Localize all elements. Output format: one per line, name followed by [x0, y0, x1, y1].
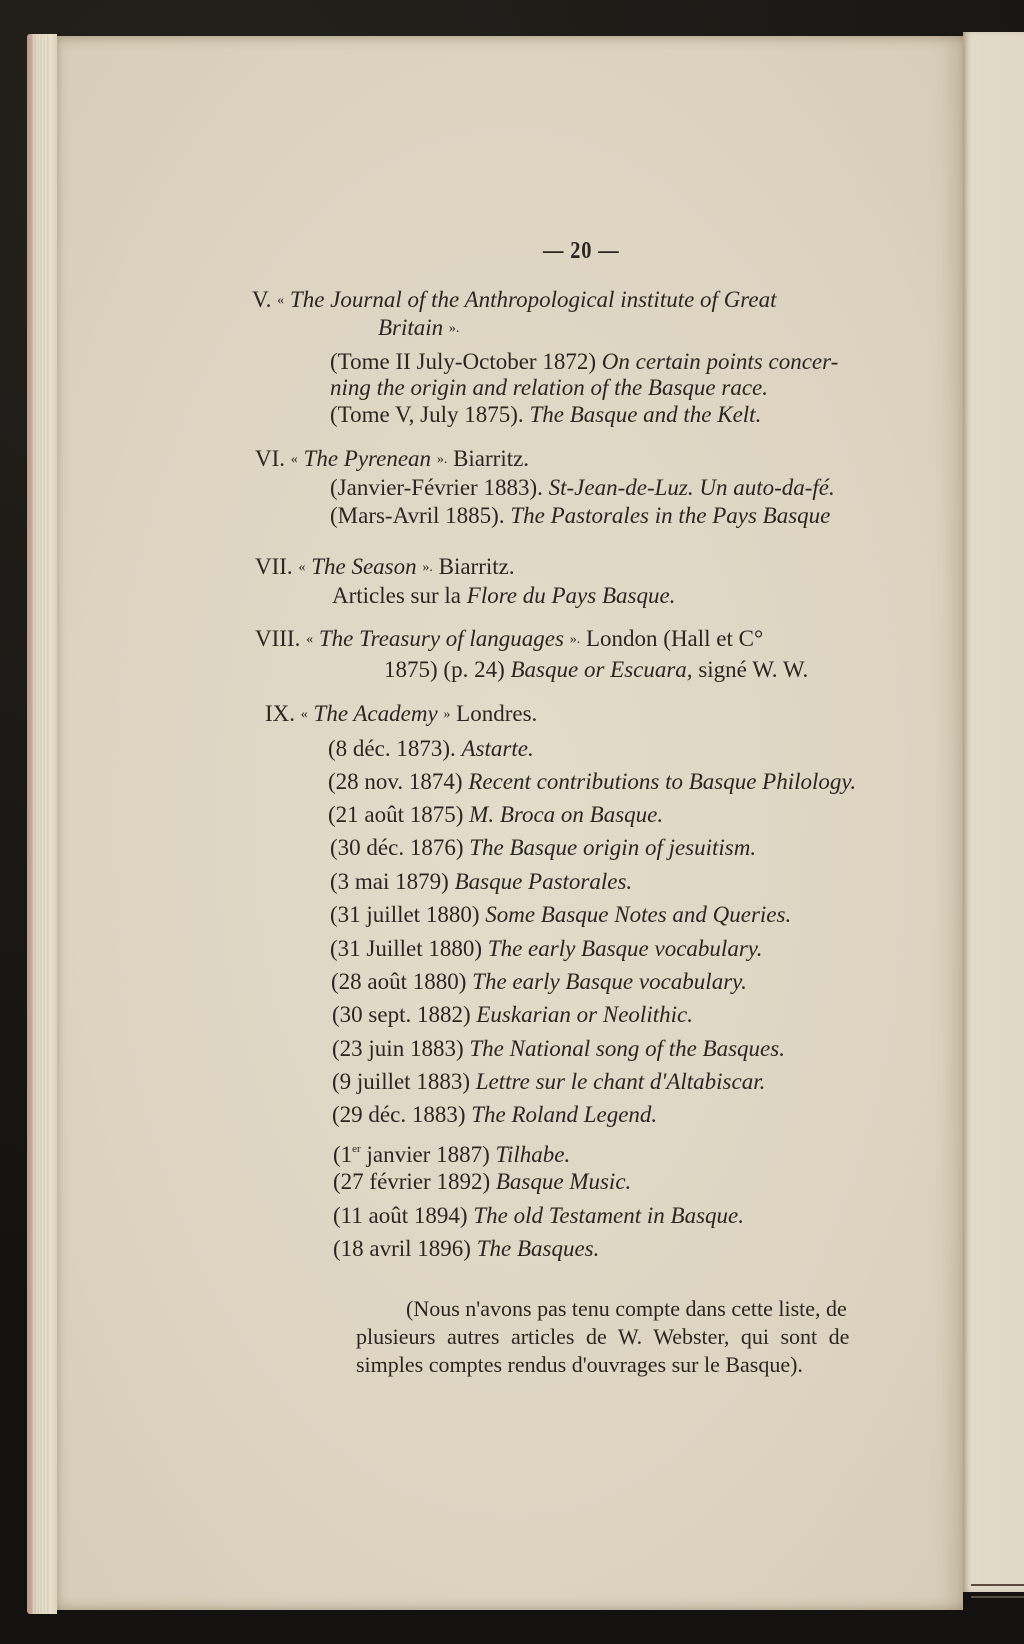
close-quote: ». — [449, 321, 460, 336]
item-title: Tilhabe. — [495, 1142, 570, 1167]
journal-title: The Academy — [314, 701, 438, 726]
item-prefix: Articles sur la — [332, 583, 461, 608]
item-date: (Janvier-Février 1883). — [330, 475, 543, 500]
item-title: Basque or Escuara, — [510, 657, 692, 682]
item-title: On certain points concer- — [602, 349, 839, 374]
entry-ix-item: (30 déc. 1876) The Basque origin of jesu… — [330, 834, 756, 862]
item-title: ning the origin and relation of the Basq… — [330, 375, 768, 400]
journal-title: The Pyrenean — [304, 446, 432, 471]
open-quote: « — [277, 293, 284, 308]
item-date: (30 sept. 1882) — [332, 1002, 471, 1027]
journal-title-cont: Britain — [378, 315, 443, 340]
item-date: (3 mai 1879) — [330, 869, 449, 894]
item-title: Astarte. — [462, 736, 534, 761]
item-title: The Roland Legend. — [471, 1102, 657, 1127]
entry-ix-item: (23 juin 1883) The National song of the … — [332, 1035, 785, 1063]
close-quote: ». — [422, 560, 433, 575]
open-quote: « — [291, 452, 298, 467]
open-quote: « — [301, 707, 308, 722]
entry-numeral: VIII. — [255, 626, 300, 651]
entry-ix-item: (27 février 1892) Basque Music. — [333, 1168, 631, 1196]
item-title: The Basque origin of jesuitism. — [469, 835, 756, 860]
item-title: Euskarian or Neolithic. — [476, 1002, 693, 1027]
journal-place: Londres. — [456, 701, 537, 726]
entry-vi-item-1: (Janvier-Février 1883). St-Jean-de-Luz. … — [330, 474, 835, 502]
item-date: (23 juin 1883) — [332, 1036, 464, 1061]
entry-viii-item-1: 1875) (p. 24) Basque or Escuara, signé W… — [384, 656, 808, 684]
journal-place: Biarritz. — [439, 554, 515, 579]
entry-ix-item: (1er janvier 1887) Tilhabe. — [333, 1135, 570, 1169]
item-title: Recent contributions to Basque Philology… — [468, 769, 856, 794]
entry-numeral: IX. — [265, 701, 295, 726]
entry-ix-item: (8 déc. 1873). Astarte. — [328, 735, 534, 763]
entry-vii-item-1: Articles sur la Flore du Pays Basque. — [332, 582, 675, 610]
item-title: The early Basque vocabulary. — [488, 936, 763, 961]
item-title: St-Jean-de-Luz. Un auto-da-fé. — [549, 475, 835, 500]
item-suffix: signé W. W. — [698, 657, 808, 682]
entry-ix-item: (31 Juillet 1880) The early Basque vocab… — [330, 935, 762, 963]
item-date: (28 août 1880) — [331, 969, 466, 994]
open-quote: « — [306, 632, 313, 647]
item-date: (1er janvier 1887) — [333, 1142, 490, 1167]
item-date: (27 février 1892) — [333, 1169, 490, 1194]
entry-ix-item: (11 août 1894) The old Testament in Basq… — [333, 1202, 744, 1230]
item-date: (30 déc. 1876) — [330, 835, 464, 860]
item-date: (29 déc. 1883) — [332, 1102, 466, 1127]
close-quote: ». — [570, 632, 581, 647]
entry-ix-item: (30 sept. 1882) Euskarian or Neolithic. — [332, 1001, 693, 1029]
entry-ix-item: (29 déc. 1883) The Roland Legend. — [332, 1101, 657, 1129]
entry-numeral: VI. — [255, 446, 285, 471]
item-date: (21 août 1875) — [328, 802, 463, 827]
item-title: The Pastorales in the Pays Basque — [510, 503, 830, 528]
entry-ix-heading: IX. « The Academy » Londres. — [265, 700, 537, 729]
date-rest: janvier 1887) — [361, 1142, 490, 1167]
item-date: (8 déc. 1873). — [328, 736, 456, 761]
journal-place: Biarritz. — [453, 446, 529, 471]
item-title: Flore du Pays Basque. — [467, 583, 676, 608]
item-title: The old Testament in Basque. — [473, 1203, 744, 1228]
date-ordinal: er — [352, 1143, 361, 1155]
note-line-2: plusieurs autres articles de W. Webster,… — [356, 1323, 849, 1351]
item-title: The early Basque vocabulary. — [472, 969, 747, 994]
close-quote: ». — [437, 452, 448, 467]
journal-title: The Journal of the Anthropological insti… — [290, 287, 777, 312]
entry-numeral: V. — [252, 287, 271, 312]
entry-ix-item: (3 mai 1879) Basque Pastorales. — [330, 868, 632, 896]
journal-title: The Season — [311, 554, 416, 579]
entry-v-item-1: (Tome II July-October 1872) On certain p… — [330, 348, 838, 376]
page-number: — 20 — — [543, 238, 620, 265]
item-date: (11 août 1894) — [333, 1203, 468, 1228]
page-content: — 20 — V. « The Journal of the Anthropol… — [0, 0, 1024, 1644]
item-date: (Tome V, July 1875). — [330, 402, 524, 427]
journal-title: The Treasury of languages — [319, 626, 564, 651]
item-date: (18 avril 1896) — [333, 1236, 471, 1261]
entry-vi-item-2: (Mars-Avril 1885). The Pastorales in the… — [330, 502, 830, 530]
note-line-3: simples comptes rendus d'ouvrages sur le… — [356, 1351, 803, 1379]
entry-vi-heading: VI. « The Pyrenean ». Biarritz. — [255, 445, 529, 474]
item-title: The Basque and the Kelt. — [529, 402, 761, 427]
entry-ix-item: (9 juillet 1883) Lettre sur le chant d'A… — [332, 1068, 765, 1096]
entry-ix-item: (31 juillet 1880) Some Basque Notes and … — [330, 901, 791, 929]
entry-ix-item: (21 août 1875) M. Broca on Basque. — [328, 801, 663, 829]
item-title: The Basques. — [477, 1236, 600, 1261]
item-date: (31 Juillet 1880) — [330, 936, 482, 961]
item-title: Lettre sur le chant d'Altabiscar. — [476, 1069, 766, 1094]
entry-v-item-1-cont: ning the origin and relation of the Basq… — [330, 374, 768, 402]
item-title: Some Basque Notes and Queries. — [485, 902, 791, 927]
note-line-1: (Nous n'avons pas tenu compte dans cette… — [406, 1295, 847, 1323]
journal-place: London (Hall et C° — [586, 626, 763, 651]
entry-v-heading-cont: Britain ». — [378, 314, 459, 343]
open-quote: « — [298, 560, 305, 575]
entry-ix-item: (28 août 1880) The early Basque vocabula… — [331, 968, 747, 996]
entry-ix-item: (28 nov. 1874) Recent contributions to B… — [328, 768, 856, 796]
entry-v-item-2: (Tome V, July 1875). The Basque and the … — [330, 401, 761, 429]
entry-numeral: VII. — [255, 554, 293, 579]
item-date: (31 juillet 1880) — [330, 902, 479, 927]
item-title: Basque Music. — [496, 1169, 631, 1194]
entry-viii-heading: VIII. « The Treasury of languages ». Lon… — [255, 625, 763, 654]
entry-vii-heading: VII. « The Season ». Biarritz. — [255, 553, 515, 582]
entry-ix-item: (18 avril 1896) The Basques. — [333, 1235, 599, 1263]
item-title: The National song of the Basques. — [469, 1036, 785, 1061]
item-title: Basque Pastorales. — [455, 869, 633, 894]
item-date: (28 nov. 1874) — [328, 769, 463, 794]
close-quote: » — [443, 707, 450, 722]
entry-v-heading: V. « The Journal of the Anthropological … — [252, 286, 777, 315]
item-date: (Mars-Avril 1885). — [330, 503, 505, 528]
item-date: (Tome II July-October 1872) — [330, 349, 596, 374]
item-date: 1875) (p. 24) — [384, 657, 505, 682]
item-title: M. Broca on Basque. — [469, 802, 663, 827]
item-date: (9 juillet 1883) — [332, 1069, 470, 1094]
date-day: (1 — [333, 1142, 352, 1167]
